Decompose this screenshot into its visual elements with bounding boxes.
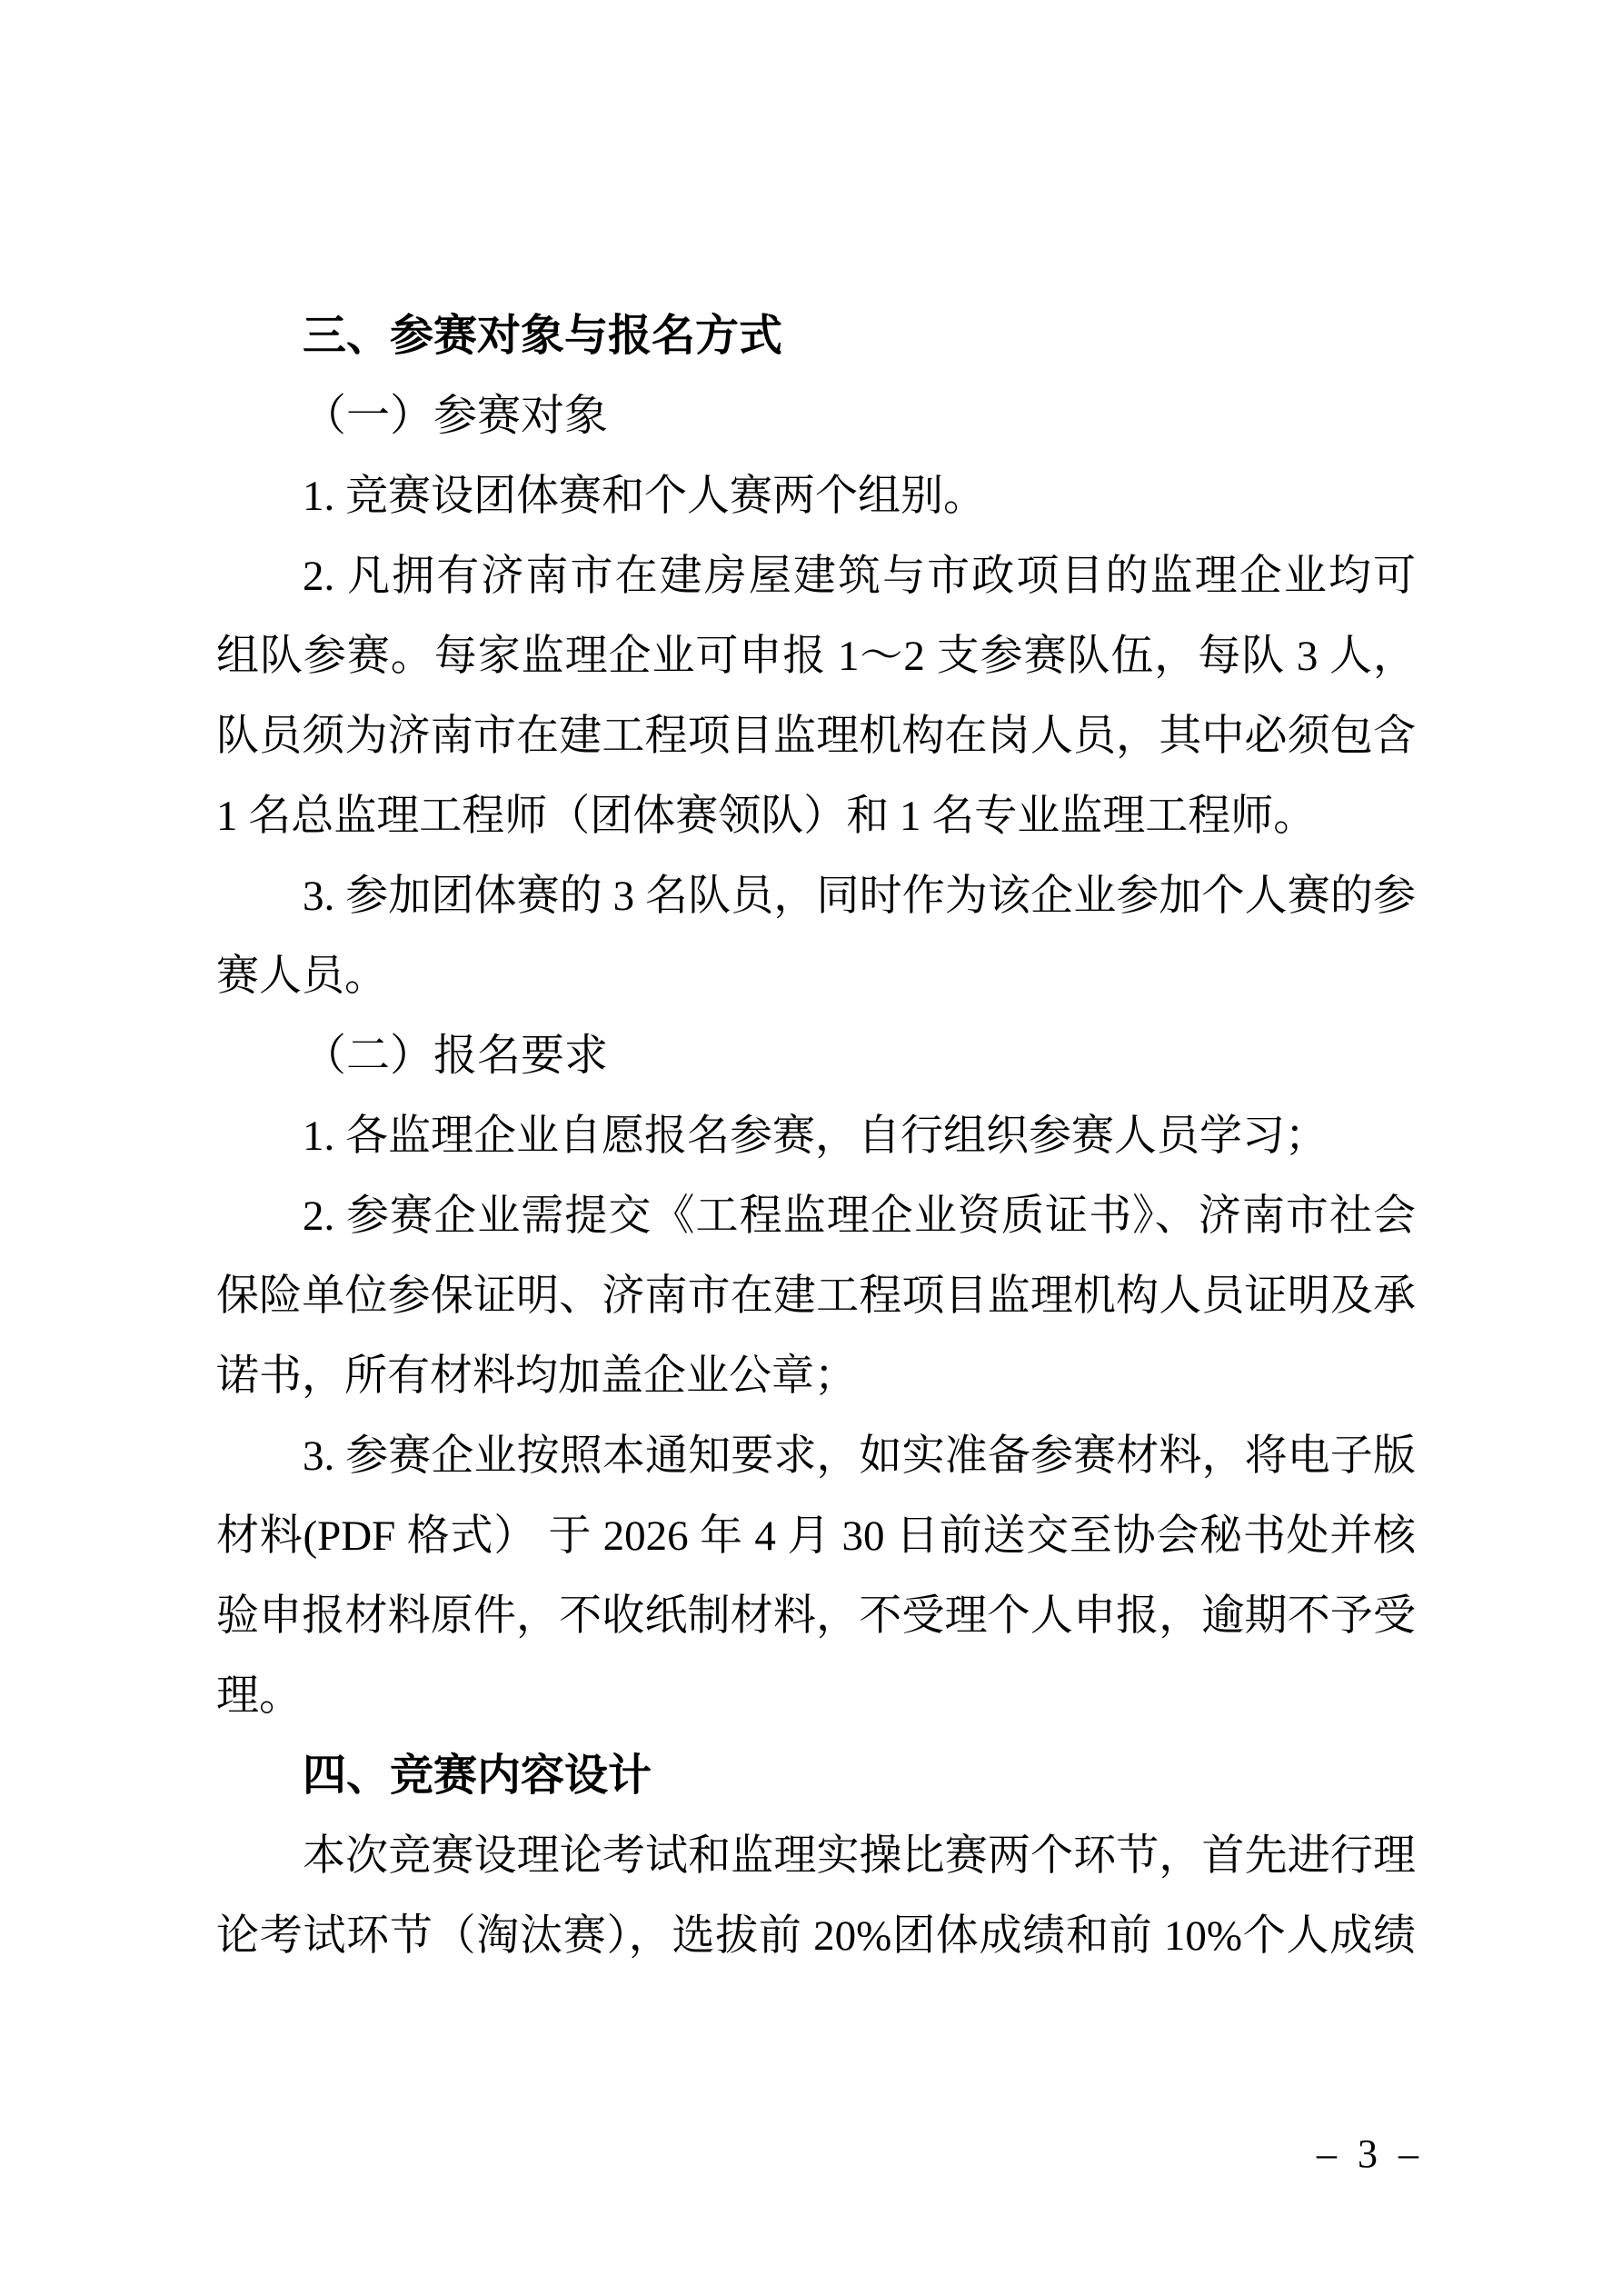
document-page: 三、参赛对象与报名方式 （一）参赛对象 1. 竞赛设团体赛和个人赛两个组别。 2…	[0, 0, 1622, 2296]
paragraph-line: 3. 参赛企业按照本通知要求，如实准备参赛材料，将电子版	[216, 1416, 1416, 1496]
paragraph-line: 1 名总监理工程师（团体赛领队）和 1 名专业监理工程师。	[216, 776, 1416, 856]
paragraph-line: 2. 凡拥有济南市在建房屋建筑与市政项目的监理企业均可	[216, 536, 1416, 616]
paragraph-line: 材料(PDF 格式） 于 2026 年 4 月 30 日前送交至协会秘书处并核	[216, 1496, 1416, 1576]
paragraph-line: 组队参赛。每家监理企业可申报 1～2 支参赛队伍，每队 3 人，	[216, 616, 1416, 696]
paragraph-line: 理。	[216, 1656, 1416, 1736]
section-heading: 四、竞赛内容设计	[216, 1736, 1416, 1816]
page-number: – 3 –	[1317, 2131, 1424, 2178]
paragraph-line: 队员须为济南市在建工程项目监理机构在岗人员，其中必须包含	[216, 696, 1416, 776]
paragraph-line: 论考试环节（淘汰赛），选拔前 20%团体成绩和前 10%个人成绩	[216, 1896, 1416, 1976]
paragraph-line: 2. 参赛企业需提交《工程监理企业资质证书》、济南市社会	[216, 1176, 1416, 1256]
sub-section-heading: （二）报名要求	[216, 1016, 1416, 1096]
paragraph-line: 验申报材料原件，不收纸制材料，不受理个人申报，逾期不予受	[216, 1576, 1416, 1656]
paragraph-line: 诺书，所有材料均加盖企业公章；	[216, 1336, 1416, 1416]
section-heading: 三、参赛对象与报名方式	[216, 296, 1416, 376]
sub-section-heading: （一）参赛对象	[216, 376, 1416, 456]
document-body: 三、参赛对象与报名方式 （一）参赛对象 1. 竞赛设团体赛和个人赛两个组别。 2…	[216, 296, 1416, 1976]
paragraph-line: 1. 各监理企业自愿报名参赛，自行组织参赛人员学习；	[216, 1096, 1416, 1176]
paragraph-line: 赛人员。	[216, 936, 1416, 1016]
paragraph-line: 保险单位参保证明、济南市在建工程项目监理机构人员证明及承	[216, 1256, 1416, 1336]
paragraph-line: 本次竞赛设理论考试和监理实操比赛两个环节，首先进行理	[216, 1816, 1416, 1896]
paragraph-line: 3. 参加团体赛的 3 名队员，同时作为该企业参加个人赛的参	[216, 856, 1416, 936]
paragraph-line: 1. 竞赛设团体赛和个人赛两个组别。	[216, 456, 1416, 536]
